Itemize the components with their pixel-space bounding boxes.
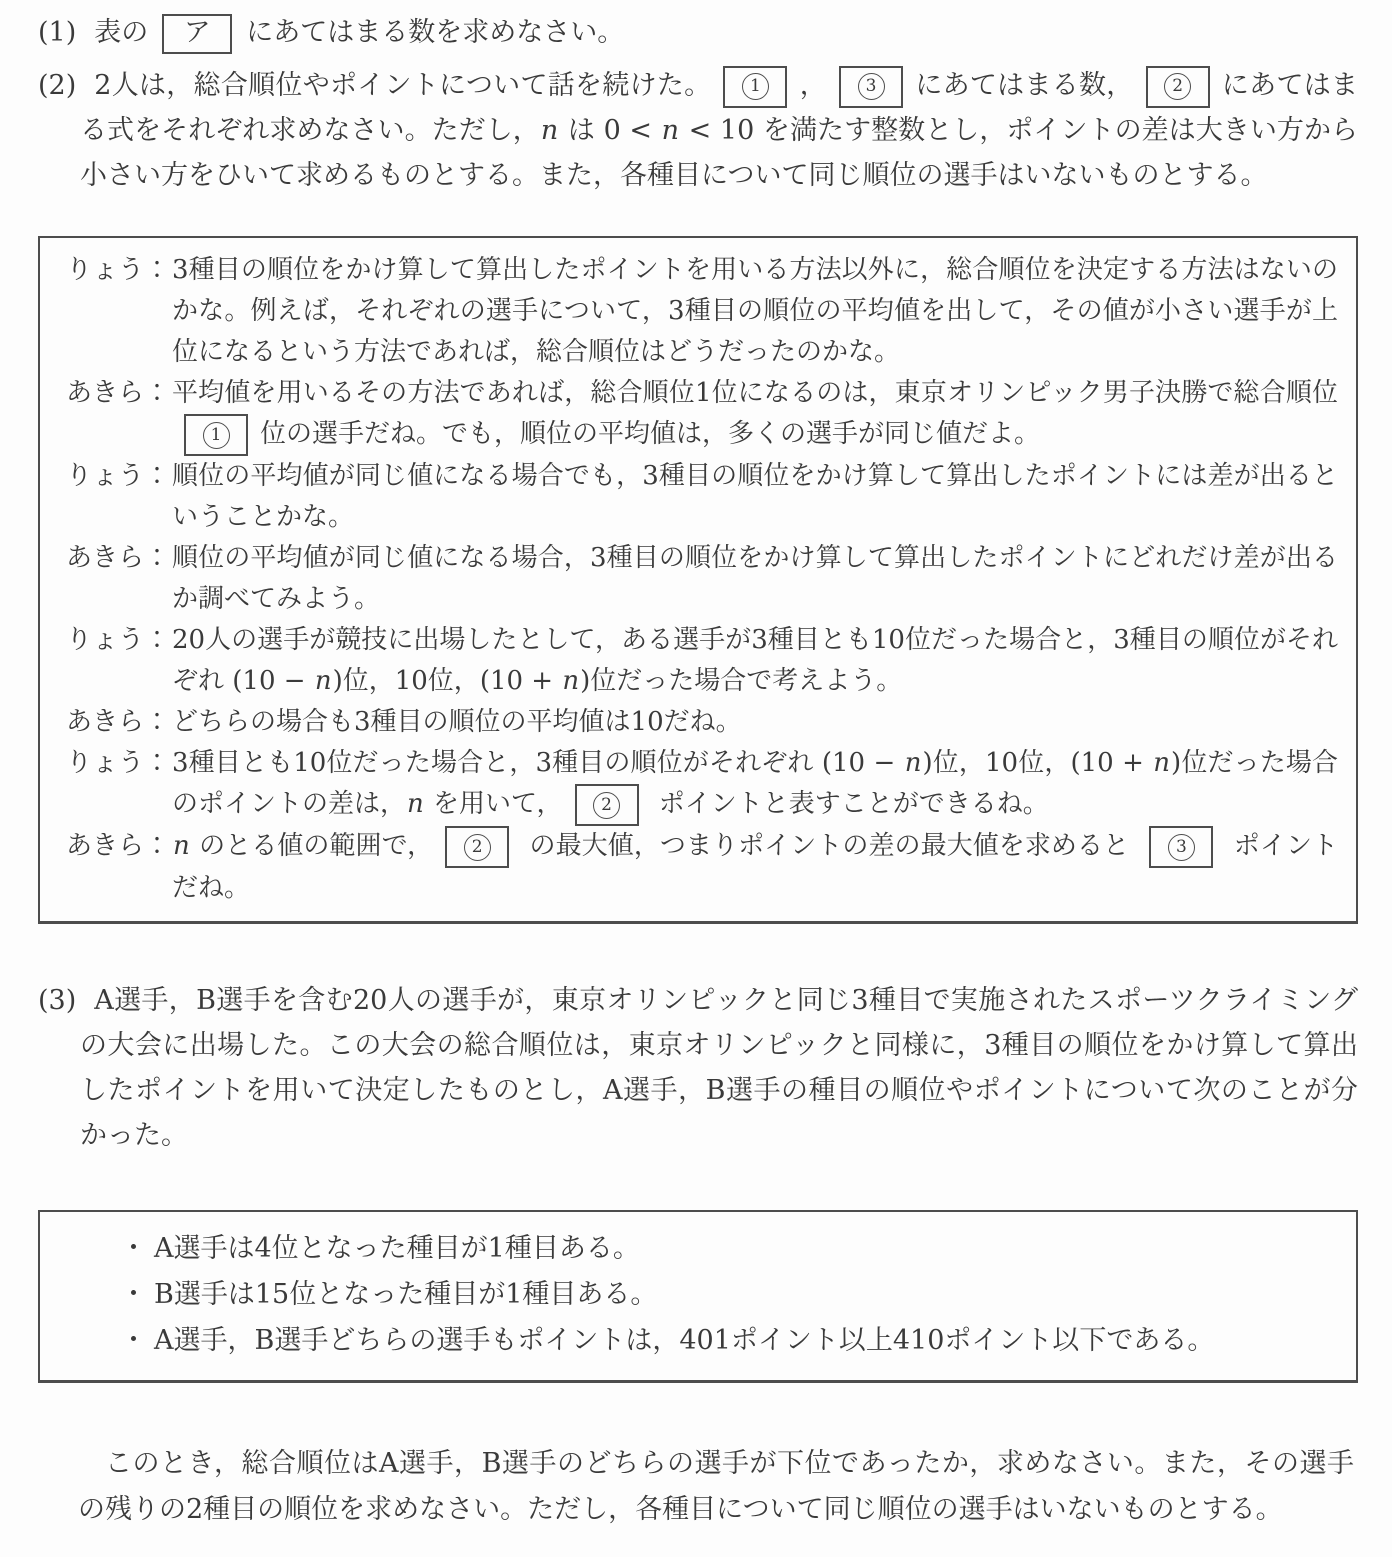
math-expression: ) xyxy=(922,748,932,778)
condition-item: ・B選手は15位となった種目が1種目ある。 xyxy=(120,1272,1336,1318)
answer-box-a: ア xyxy=(162,14,232,54)
variable-n: n xyxy=(406,789,425,819)
question-2-text-mid: にあてはまる数， xyxy=(915,70,1134,101)
answer-box-2: 2 xyxy=(575,784,639,826)
speaker-label: りょう： xyxy=(66,250,172,291)
bullet-icon: ・ xyxy=(120,1318,154,1364)
question-3-number: (3) xyxy=(38,985,76,1016)
speaker-label: あきら： xyxy=(66,702,172,743)
dialogue-row: りょう： 順位の平均値が同じ値になる場合でも，3種目の順位をかけ算して算出したポ… xyxy=(66,456,1338,538)
circled-2-icon: 2 xyxy=(1164,73,1191,100)
page: { "colors": { "text": "#3a3a3a", "border… xyxy=(0,0,1392,1557)
question-1-number: (1) xyxy=(38,17,76,48)
dialogue-row: あきら： 順位の平均値が同じ値になる場合，3種目の順位をかけ算して算出したポイン… xyxy=(66,538,1338,620)
speaker-label: あきら： xyxy=(66,538,172,579)
dialogue-segment: 順位の平均値が同じ値になる場合，3種目の順位をかけ算して算出したポイントにどれだ… xyxy=(172,543,1338,614)
question-2-text: 2人は，総合順位やポイントについて話を続けた。 xyxy=(94,70,711,101)
answer-box-1: 1 xyxy=(184,414,248,456)
circled-3-icon: 3 xyxy=(858,73,885,100)
answer-box-2: 2 xyxy=(1146,66,1210,108)
variable-n: n xyxy=(1152,748,1171,778)
answer-box-2: 2 xyxy=(445,826,509,868)
dialogue-text: 3種目の順位をかけ算して算出したポイントを用いる方法以外に，総合順位を決定する方… xyxy=(172,250,1338,373)
dialogue-segment: の最大値，つまりポイントの差の最大値を求めると xyxy=(521,831,1137,861)
variable-n: n xyxy=(314,666,333,696)
variable-n: n xyxy=(540,115,559,146)
speaker-label: りょう： xyxy=(66,620,172,661)
closing-text: このとき，総合順位はA選手，B選手のどちらの選手が下位であったか，求めなさい。ま… xyxy=(78,1448,1354,1525)
exam-document: (1)表のアにあてはまる数を求めなさい。 (2)2人は，総合順位やポイントについ… xyxy=(0,0,1392,1557)
dialogue-row: りょう： 3種目とも10位だった場合と，3種目の順位がそれぞれ (10 − n)… xyxy=(66,743,1338,826)
question-2-number: (2) xyxy=(38,70,76,101)
dialogue-row: あきら： 平均値を用いるその方法であれば，総合順位1位になるのは，東京オリンピッ… xyxy=(66,373,1338,456)
dialogue-row: りょう： 3種目の順位をかけ算して算出したポイントを用いる方法以外に，総合順位を… xyxy=(66,250,1338,373)
conditions-box: ・A選手は4位となった種目が1種目ある。 ・B選手は15位となった種目が1種目あ… xyxy=(38,1210,1358,1383)
dialogue-row: りょう： 20人の選手が競技に出場したとして，ある選手が3種目とも10位だった場… xyxy=(66,620,1338,702)
condition-item: ・A選手は4位となった種目が1種目ある。 xyxy=(120,1226,1336,1272)
speaker-label: りょう： xyxy=(66,456,172,497)
question-3-text: A選手，B選手を含む20人の選手が，東京オリンピックと同じ3種目で実施されたスポ… xyxy=(80,985,1358,1151)
dialogue-segment: 平均値を用いるその方法であれば，総合順位1位になるのは，東京オリンピック男子決勝… xyxy=(172,378,1338,408)
math-expression: ) xyxy=(1171,748,1181,778)
dialogue-text: 20人の選手が競技に出場したとして，ある選手が3種目とも10位だった場合と，3種… xyxy=(172,620,1338,702)
circled-2-icon: 2 xyxy=(593,792,620,819)
inequality-left: 0 < xyxy=(604,115,661,146)
dialogue-segment: 位だった場合で考えよう。 xyxy=(590,666,902,696)
math-expression: (10 − xyxy=(822,748,904,778)
circled-2-icon: 2 xyxy=(464,834,491,861)
speaker-label: あきら： xyxy=(66,826,172,867)
dialogue-text: n のとる値の範囲で，2 の最大値，つまりポイントの差の最大値を求めると 3 ポ… xyxy=(172,826,1338,909)
speaker-label: りょう： xyxy=(66,743,172,784)
math-expression: (10 + xyxy=(1070,748,1152,778)
dialogue-segment: 3種目の順位をかけ算して算出したポイントを用いる方法以外に，総合順位を決定する方… xyxy=(172,255,1338,367)
dialogue-text: 順位の平均値が同じ値になる場合でも，3種目の順位をかけ算して算出したポイントには… xyxy=(172,456,1338,538)
dialogue-segment: 位，10位， xyxy=(933,748,1071,778)
dialogue-row: あきら： どちらの場合も3種目の順位の平均値は10だね。 xyxy=(66,702,1338,743)
dialogue-segment: 位の選手だね。でも，順位の平均値は，多くの選手が同じ値だよ。 xyxy=(260,419,1040,449)
circled-1-icon: 1 xyxy=(203,422,230,449)
answer-box-a-label: ア xyxy=(184,17,211,48)
question-2-text-ha: は xyxy=(559,115,603,146)
variable-n: n xyxy=(172,831,191,861)
answer-box-1: 1 xyxy=(723,66,787,108)
bullet-icon: ・ xyxy=(120,1226,154,1272)
answer-box-3: 3 xyxy=(839,66,903,108)
dialogue-segment: のとる値の範囲で， xyxy=(191,831,433,861)
inequality-right: < 10 xyxy=(680,115,754,146)
dialogue-segment: 順位の平均値が同じ値になる場合でも，3種目の順位をかけ算して算出したポイントには… xyxy=(172,461,1338,532)
dialogue-segment: ポイントと表すことができるね。 xyxy=(651,789,1049,819)
math-expression: ) xyxy=(333,666,343,696)
circled-1-icon: 1 xyxy=(742,73,769,100)
variable-n: n xyxy=(904,748,923,778)
dialogue-text: どちらの場合も3種目の順位の平均値は10だね。 xyxy=(172,702,1338,743)
condition-text: A選手は4位となった種目が1種目ある。 xyxy=(154,1226,640,1272)
dialogue-box: りょう： 3種目の順位をかけ算して算出したポイントを用いる方法以外に，総合順位を… xyxy=(38,236,1358,924)
condition-item: ・A選手，B選手どちらの選手もポイントは，401ポイント以上410ポイント以下で… xyxy=(120,1318,1336,1364)
math-expression: ) xyxy=(580,666,590,696)
question-1: (1)表のアにあてはまる数を求めなさい。 xyxy=(38,10,1358,55)
dialogue-segment: 位，10位， xyxy=(343,666,480,696)
condition-text: B選手は15位となった種目が1種目ある。 xyxy=(154,1272,657,1318)
closing-paragraph: このとき，総合順位はA選手，B選手のどちらの選手が下位であったか，求めなさい。ま… xyxy=(78,1441,1354,1533)
dialogue-segment: 3種目とも10位だった場合と，3種目の順位がそれぞれ xyxy=(172,748,822,778)
variable-n: n xyxy=(661,115,680,146)
answer-box-3: 3 xyxy=(1149,826,1213,868)
speaker-label: あきら： xyxy=(66,373,172,414)
question-3: (3)A選手，B選手を含む20人の選手が，東京オリンピックと同じ3種目で実施され… xyxy=(38,978,1358,1158)
dialogue-text: 3種目とも10位だった場合と，3種目の順位がそれぞれ (10 − n)位，10位… xyxy=(172,743,1338,826)
question-2-comma: ， xyxy=(799,70,827,101)
dialogue-row: あきら： n のとる値の範囲で，2 の最大値，つまりポイントの差の最大値を求める… xyxy=(66,826,1338,909)
bullet-icon: ・ xyxy=(120,1272,154,1318)
dialogue-text: 平均値を用いるその方法であれば，総合順位1位になるのは，東京オリンピック男子決勝… xyxy=(172,373,1338,456)
condition-text: A選手，B選手どちらの選手もポイントは，401ポイント以上410ポイント以下であ… xyxy=(154,1318,1214,1364)
dialogue-text: 順位の平均値が同じ値になる場合，3種目の順位をかけ算して算出したポイントにどれだ… xyxy=(172,538,1338,620)
math-expression: (10 − xyxy=(232,666,314,696)
dialogue-segment: どちらの場合も3種目の順位の平均値は10だね。 xyxy=(172,707,742,737)
dialogue-segment: を用いて， xyxy=(425,789,563,819)
question-2: (2)2人は，総合順位やポイントについて話を続けた。1，3にあてはまる数，2にあ… xyxy=(38,63,1358,198)
question-1-text-pre: 表の xyxy=(94,17,148,48)
variable-n: n xyxy=(561,666,580,696)
math-expression: (10 + xyxy=(480,666,562,696)
circled-3-icon: 3 xyxy=(1168,834,1195,861)
question-1-text-post: にあてはまる数を求めなさい。 xyxy=(246,17,624,48)
